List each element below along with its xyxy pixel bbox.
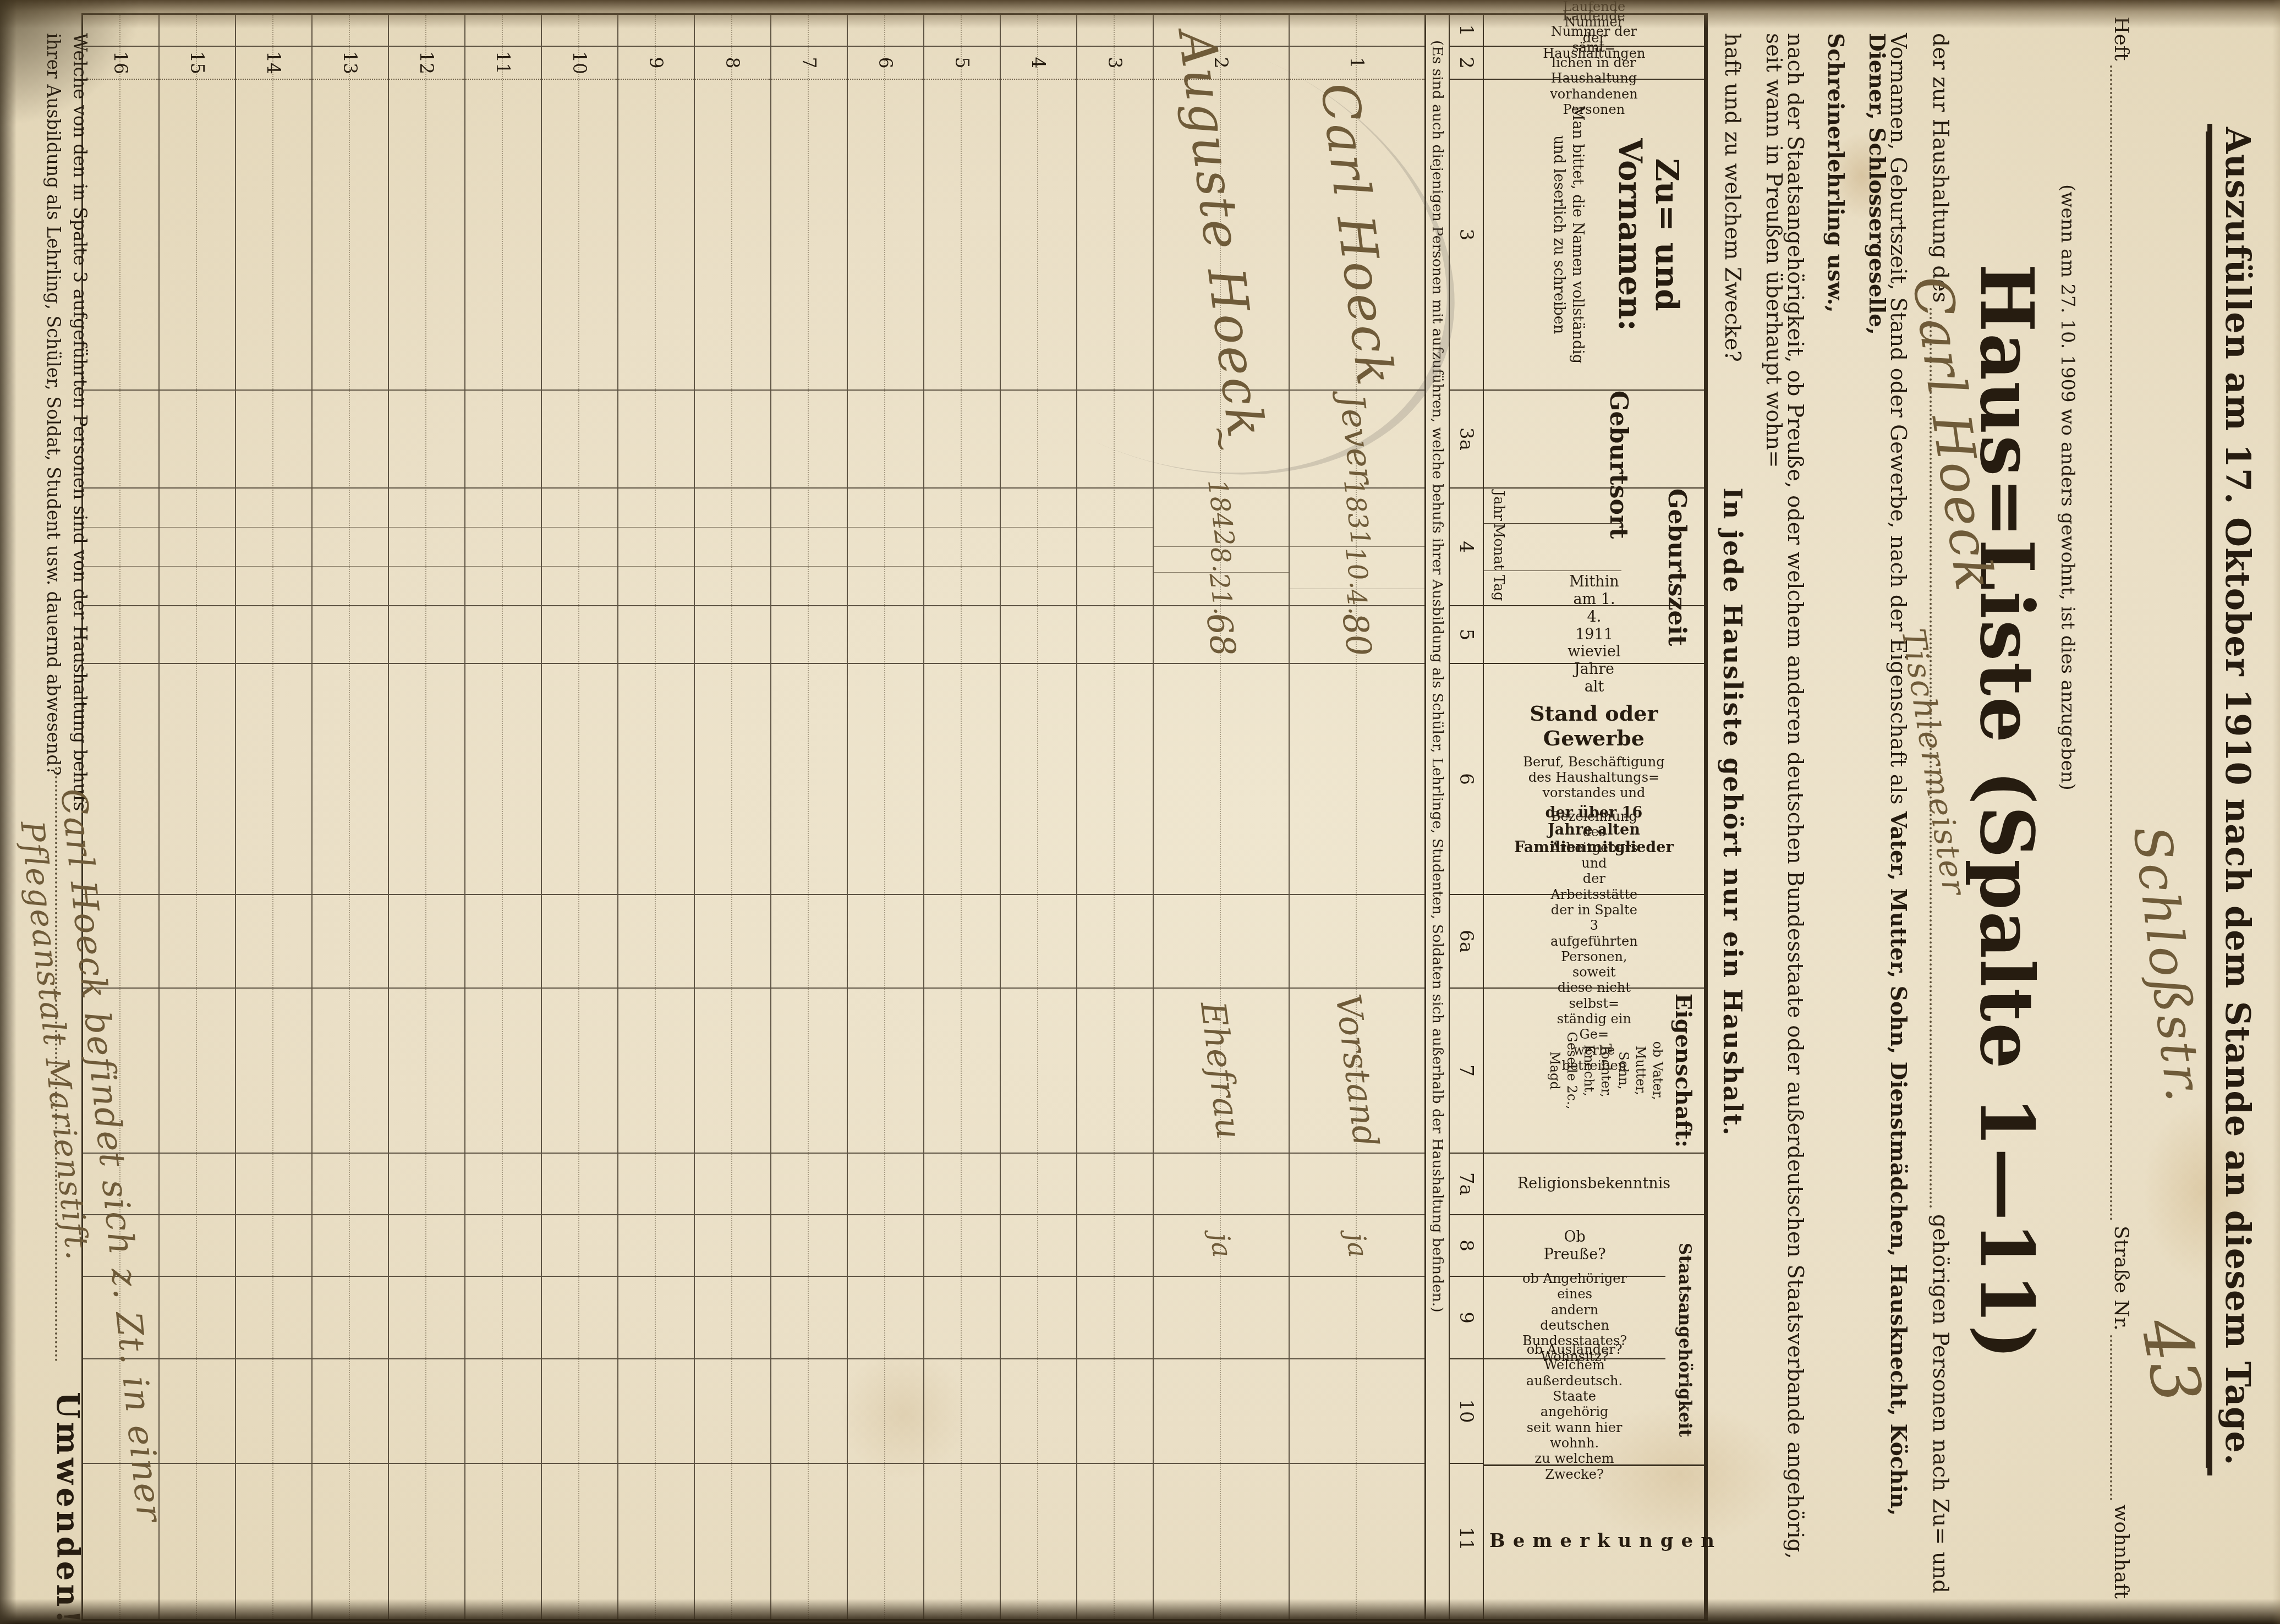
- header-jahr-label: Jahr: [1484, 489, 1621, 524]
- cell-person-nr: 15: [160, 47, 235, 80]
- cell-stand-gewerbe: [542, 664, 617, 895]
- header-col3-label: Zu= und Vornamen:: [1612, 80, 1685, 389]
- header-col8: Ob Preuße?: [1484, 1215, 1665, 1277]
- intro-line-4: nach der Staatsangehörigkeit, ob Preuße,…: [1763, 33, 1806, 1593]
- vertical-text-wrap: Bezeichnung des Arbeitgebers und der Arb…: [1484, 895, 1704, 987]
- cell-jahr: [236, 489, 311, 528]
- cell-bundesstaat: [924, 1277, 1000, 1359]
- vertical-text-wrap: Laufende Nummer der sämt= lichen in der …: [1484, 47, 1704, 79]
- cell-bundesstaat: [695, 1277, 770, 1359]
- cell-stand-gewerbe: [618, 664, 694, 895]
- header-monat-label: Monat: [1484, 524, 1621, 571]
- cell-preusse: ja: [1154, 1215, 1289, 1277]
- cell-preusse: [542, 1215, 617, 1277]
- cell-religion: [465, 1154, 541, 1215]
- table-row: 8: [694, 15, 770, 1619]
- cell-person-nr: 1: [1290, 47, 1424, 80]
- cell-preusse: ja: [1290, 1215, 1424, 1277]
- colnum-6: 6: [1450, 664, 1483, 895]
- header-col7-list: ob Vater, Mutter, Sohn, Tochter, Knecht,…: [1546, 989, 1666, 1153]
- cell-eigenschaft: [848, 989, 923, 1154]
- cell-religion: [848, 1154, 923, 1215]
- one-household-rule: In jede Hausliste gehört nur ein Haushal…: [1718, 0, 1747, 1624]
- cell-geburtsort: [389, 391, 464, 489]
- cell-geburtsort: [313, 391, 388, 489]
- table-row: 10: [541, 15, 617, 1619]
- cell-name: [1001, 80, 1076, 391]
- cell-alter: [542, 606, 617, 664]
- cell-auslaender: [1290, 1359, 1424, 1464]
- cell-eigenschaft: [389, 989, 464, 1154]
- cell-preusse: [389, 1215, 464, 1277]
- cell-eigenschaft: [618, 989, 694, 1154]
- cell-monat: [1077, 528, 1153, 567]
- cell-bemerkungen: [771, 1464, 847, 1614]
- cell-bemerkungen: [695, 1464, 770, 1614]
- cell-alter: [695, 606, 770, 664]
- table-row: 11: [464, 15, 541, 1619]
- cell-auslaender: [848, 1359, 923, 1464]
- cell-religion: [924, 1154, 1000, 1215]
- cell-tag: [542, 567, 617, 605]
- cell-bundesstaat: [313, 1277, 388, 1359]
- cell-preusse: [618, 1215, 694, 1277]
- cell-name: [924, 80, 1000, 391]
- cell-bemerkungen: [1077, 1464, 1153, 1614]
- cell-monat: [848, 528, 923, 567]
- cell-haushaltung-nr: [924, 15, 1000, 47]
- cell-geburtszeit: [771, 489, 847, 606]
- page-title: Haus=Liste (Spalte 1—11): [1964, 0, 2049, 1624]
- eigenschaft-handwriting: Vorstand: [1328, 992, 1386, 1149]
- footer-question-line1: Welche von den in Spalte 3 aufgeführten …: [67, 33, 93, 811]
- cell-tag: [695, 567, 770, 605]
- cell-preusse: [313, 1215, 388, 1277]
- cell-arbeitgeber: [1001, 895, 1076, 989]
- cell-tag: [389, 567, 464, 605]
- cell-person-nr: 8: [695, 47, 770, 80]
- cell-stand-gewerbe: [160, 664, 235, 895]
- table-row: 15: [158, 15, 235, 1619]
- colnum-5: 5: [1450, 606, 1483, 664]
- cell-monat: [160, 528, 235, 567]
- cell-auslaender: [618, 1359, 694, 1464]
- table-row: 14: [235, 15, 311, 1619]
- cell-eigenschaft: [924, 989, 1000, 1154]
- header-col7-label: Eigenschaft:: [1670, 989, 1696, 1153]
- cell-person-nr: 12: [389, 47, 464, 80]
- cell-monat: [618, 528, 694, 567]
- header-col4-label: Geburtszeit: [1663, 489, 1691, 605]
- header-col10: ob Ausländer? Welchem außerdeutsch. Staa…: [1484, 1359, 1665, 1464]
- vertical-text-wrap: Ob Preuße?: [1484, 1215, 1665, 1276]
- cell-bemerkungen: [389, 1464, 464, 1614]
- cell-preusse: [848, 1215, 923, 1277]
- cell-auslaender: [542, 1359, 617, 1464]
- cell-name: [236, 80, 311, 391]
- table-row: 4: [1000, 15, 1076, 1619]
- cell-jahr: [389, 489, 464, 528]
- colnum-10: 10: [1450, 1359, 1483, 1464]
- colnum-1: 1: [1450, 15, 1483, 47]
- cell-eigenschaft: [465, 989, 541, 1154]
- cell-arbeitgeber: [465, 895, 541, 989]
- colnum-3a: 3a: [1450, 391, 1483, 489]
- cell-religion: [1077, 1154, 1153, 1215]
- cell-geburtsort: [83, 391, 158, 489]
- cell-preusse: [924, 1215, 1000, 1277]
- cell-auslaender: [1077, 1359, 1153, 1464]
- cell-tag: [771, 567, 847, 605]
- cell-religion: [1290, 1154, 1424, 1215]
- cell-alter: 80: [1290, 606, 1424, 664]
- cell-haushaltung-nr: [542, 15, 617, 47]
- colnum-8: 8: [1450, 1215, 1483, 1277]
- cell-geburtsort: [618, 391, 694, 489]
- vertical-text-wrap: Bemerkungen: [1484, 1466, 1704, 1616]
- cell-stand-gewerbe: [771, 664, 847, 895]
- cell-alter: [618, 606, 694, 664]
- tag-handwriting: 21.: [1203, 571, 1239, 617]
- cell-eigenschaft: [771, 989, 847, 1154]
- cell-arbeitgeber: [160, 895, 235, 989]
- colnum-7a: 7a: [1450, 1154, 1483, 1215]
- cell-haushaltung-nr: [695, 15, 770, 47]
- cell-eigenschaft: [160, 989, 235, 1154]
- header-col11: Bemerkungen: [1484, 1466, 1704, 1616]
- cell-geburtszeit: [389, 489, 464, 606]
- cell-tag: [924, 567, 1000, 605]
- cell-haushaltung-nr: [83, 15, 158, 47]
- cell-geburtsort: [771, 391, 847, 489]
- cell-jahr: 1831: [1290, 479, 1424, 547]
- cell-geburtszeit: [465, 489, 541, 606]
- cell-tag: [236, 567, 311, 605]
- cell-jahr: [1077, 489, 1153, 528]
- strasse-label: Straße Nr.: [2110, 1226, 2133, 1331]
- cell-auslaender: [1001, 1359, 1076, 1464]
- cell-tag: [618, 567, 694, 605]
- cell-person-nr: 14: [236, 47, 311, 80]
- cell-religion: [313, 1154, 388, 1215]
- cell-person-nr: 7: [771, 47, 847, 80]
- cell-alter: [848, 606, 923, 664]
- cell-tag: [160, 567, 235, 605]
- cell-tag: [313, 567, 388, 605]
- table-header-row: Laufende Nummer der Haushaltungen Laufen…: [1483, 15, 1704, 1619]
- header-col7a: Religionsbekenntnis: [1484, 1154, 1704, 1215]
- header-col5: Mithin am 1. 4. 1911 wieviel Jahre alt: [1484, 606, 1704, 664]
- cell-person-nr: 11: [465, 47, 541, 80]
- table-row: 3: [1076, 15, 1153, 1619]
- cell-haushaltung-nr: [236, 15, 311, 47]
- cell-name: [160, 80, 235, 391]
- preusse-handwriting: ja: [1340, 1232, 1374, 1259]
- cell-jahr: [465, 489, 541, 528]
- header-col11-label: Bemerkungen: [1489, 1530, 1698, 1552]
- cell-name: [313, 80, 388, 391]
- colnum-7: 7: [1450, 989, 1483, 1154]
- cell-eigenschaft: [695, 989, 770, 1154]
- cell-monat: [313, 528, 388, 567]
- cell-monat: [924, 528, 1000, 567]
- cell-alter: [1001, 606, 1076, 664]
- cell-jahr: [83, 489, 158, 528]
- cell-alter: [389, 606, 464, 664]
- cell-jahr: [618, 489, 694, 528]
- cell-bundesstaat: [542, 1277, 617, 1359]
- cell-arbeitgeber: [771, 895, 847, 989]
- colnum-9: 9: [1450, 1277, 1483, 1359]
- cell-person-nr: 5: [924, 47, 1000, 80]
- cell-person-nr: 9: [618, 47, 694, 80]
- cell-alter: [771, 606, 847, 664]
- cell-person-nr: 16: [83, 47, 158, 80]
- cell-name: [771, 80, 847, 391]
- cell-alter: [924, 606, 1000, 664]
- cell-person-nr: 13: [313, 47, 388, 80]
- cell-bundesstaat: [160, 1277, 235, 1359]
- cell-geburtszeit: [83, 489, 158, 606]
- cell-preusse: [465, 1215, 541, 1277]
- cell-geburtszeit: [1077, 489, 1153, 606]
- cell-bemerkungen: [1290, 1464, 1424, 1614]
- vertical-text-wrap: Religionsbekenntnis: [1484, 1154, 1704, 1214]
- cell-monat: [1001, 528, 1076, 567]
- cell-geburtsort: [160, 391, 235, 489]
- cell-geburtsort: [465, 391, 541, 489]
- cell-arbeitgeber: [236, 895, 311, 989]
- cell-stand-gewerbe: [1001, 664, 1076, 895]
- cell-geburtszeit: [313, 489, 388, 606]
- cell-eigenschaft: [236, 989, 311, 1154]
- cell-jahr: [313, 489, 388, 528]
- header-col7: Eigenschaft: ob Vater, Mutter, Sohn, Toc…: [1484, 989, 1704, 1154]
- cell-geburtsort: [695, 391, 770, 489]
- cell-geburtszeit: [924, 489, 1000, 606]
- cell-monat: [465, 528, 541, 567]
- cell-preusse: [1077, 1215, 1153, 1277]
- cell-religion: [160, 1154, 235, 1215]
- cell-monat: [83, 528, 158, 567]
- cell-name: [465, 80, 541, 391]
- intro-line-2: Vornamen, Geburtszeit, Stand oder Gewerb…: [1866, 33, 1909, 1593]
- cell-haushaltung-nr: [848, 15, 923, 47]
- cell-geburtszeit: [848, 489, 923, 606]
- cell-geburtsort: [1001, 391, 1076, 489]
- cell-haushaltung-nr: [771, 15, 847, 47]
- census-table: Laufende Nummer der Haushaltungen Laufen…: [81, 13, 1708, 1621]
- cell-geburtszeit: [1001, 489, 1076, 606]
- cell-stand-gewerbe: [236, 664, 311, 895]
- cell-auslaender: [389, 1359, 464, 1464]
- cell-bundesstaat: [1154, 1277, 1289, 1359]
- cell-tag: [848, 567, 923, 605]
- wohnhaft-label: wohnhaft: [2110, 1505, 2133, 1599]
- cell-alter: [1077, 606, 1153, 664]
- cell-religion: [542, 1154, 617, 1215]
- footer-question: Welche von den in Spalte 3 aufgeführten …: [40, 33, 93, 811]
- cell-tag: [465, 567, 541, 605]
- cell-geburtsort: [236, 391, 311, 489]
- cell-tag: [83, 567, 158, 605]
- cell-bundesstaat: [848, 1277, 923, 1359]
- colnum-11: 11: [1450, 1464, 1483, 1614]
- cell-bundesstaat: [1001, 1277, 1076, 1359]
- cell-alter: [236, 606, 311, 664]
- cell-arbeitgeber: [1290, 895, 1424, 989]
- cell-arbeitgeber: [695, 895, 770, 989]
- group-subcolumns: Ob Preuße? ob Angehöriger eines andern d…: [1484, 1215, 1665, 1464]
- monat-handwriting: 8.: [1204, 545, 1238, 574]
- cell-auslaender: [695, 1359, 770, 1464]
- table-row: 6: [847, 15, 923, 1619]
- geburtsort-handwriting: ~: [1199, 423, 1243, 456]
- cell-geburtszeit: [618, 489, 694, 606]
- cell-arbeitgeber: [313, 895, 388, 989]
- cell-monat: [389, 528, 464, 567]
- cell-jahr: [542, 489, 617, 528]
- monat-handwriting: 10.: [1339, 545, 1375, 591]
- cell-jahr: [160, 489, 235, 528]
- cell-bemerkungen: [313, 1464, 388, 1614]
- cell-eigenschaft: Vorstand: [1290, 989, 1424, 1154]
- intro-l1-pre: der zur Haushaltung des: [1930, 33, 1951, 303]
- cell-monat: [542, 528, 617, 567]
- cell-jahr: [848, 489, 923, 528]
- header-col6a: Bezeichnung des Arbeitgebers und der Arb…: [1484, 895, 1704, 989]
- cell-haushaltung-nr: [465, 15, 541, 47]
- table-row: 9: [617, 15, 694, 1619]
- cell-alter: [313, 606, 388, 664]
- preusse-handwriting: ja: [1204, 1232, 1238, 1259]
- cell-tag: [1077, 567, 1153, 605]
- cell-stand-gewerbe: [1154, 664, 1289, 895]
- table-row: 5: [923, 15, 1000, 1619]
- cell-preusse: [695, 1215, 770, 1277]
- cell-haushaltung-nr: [160, 15, 235, 47]
- dotted-blank-number: 43: [2110, 1335, 2132, 1500]
- cell-alter: [160, 606, 235, 664]
- cell-bemerkungen: [236, 1464, 311, 1614]
- vertical-text-wrap: ob Ausländer? Welchem außerdeutsch. Staa…: [1484, 1359, 1665, 1464]
- cell-religion: [695, 1154, 770, 1215]
- cell-auslaender: [160, 1359, 235, 1464]
- cell-arbeitgeber: [389, 895, 464, 989]
- cell-bundesstaat: [389, 1277, 464, 1359]
- alter-handwriting: 68: [1198, 611, 1243, 659]
- cell-monat: 8.: [1154, 547, 1289, 573]
- cell-eigenschaft: [1001, 989, 1076, 1154]
- scanned-census-form: Auszufüllen am 17. Oktober 1910 nach dem…: [0, 0, 2280, 1624]
- header-col7a-label: Religionsbekenntnis: [1517, 1175, 1670, 1193]
- cell-alter: [465, 606, 541, 664]
- jahr-handwriting: 1831: [1338, 478, 1376, 548]
- cell-monat: 10.: [1290, 547, 1424, 589]
- cell-geburtsort: [924, 391, 1000, 489]
- header-col8-label: Ob Preuße?: [1544, 1228, 1606, 1263]
- cell-eigenschaft: [542, 989, 617, 1154]
- cell-geburtsort: [848, 391, 923, 489]
- colnum-6a: 6a: [1450, 895, 1483, 989]
- cell-arbeitgeber: [618, 895, 694, 989]
- table-body: 1 Carl Hoeck Jever 1831 10. 4.: [83, 15, 1424, 1619]
- cell-haushaltung-nr: [1001, 15, 1076, 47]
- cell-geburtszeit: [542, 489, 617, 606]
- cell-geburtszeit: [160, 489, 235, 606]
- colnum-4: 4: [1450, 489, 1483, 606]
- cell-jahr: [924, 489, 1000, 528]
- cell-bundesstaat: [771, 1277, 847, 1359]
- header-col3-sublabel: Man bittet, die Namen vollständig und le…: [1549, 80, 1587, 389]
- cell-auslaender: [924, 1359, 1000, 1464]
- cell-person-nr: 4: [1001, 47, 1076, 80]
- header-col2: Laufende Nummer der sämt= lichen in der …: [1484, 47, 1704, 80]
- cell-haushaltung-nr: [313, 15, 388, 47]
- cell-bemerkungen: [160, 1464, 235, 1614]
- header-col3: Zu= und Vornamen: Man bittet, die Namen …: [1484, 80, 1704, 391]
- cell-geburtszeit: [695, 489, 770, 606]
- cell-eigenschaft: [1077, 989, 1153, 1154]
- cell-stand-gewerbe: [389, 664, 464, 895]
- table-row: 12: [388, 15, 464, 1619]
- header-group-staatsangehoerigkeit: Staatsangehörigkeit Ob Preuße? ob Angehö…: [1484, 1215, 1704, 1466]
- cell-bundesstaat: [618, 1277, 694, 1359]
- cell-name: [848, 80, 923, 391]
- cell-religion: [389, 1154, 464, 1215]
- heft-label: Heft: [2110, 17, 2133, 61]
- footer-question-line2: ihrer Ausbildung als Lehrling, Schüler, …: [40, 33, 67, 811]
- cell-bemerkungen: [465, 1464, 541, 1614]
- cell-religion: [1001, 1154, 1076, 1215]
- form-page: Auszufüllen am 17. Oktober 1910 nach dem…: [0, 0, 2280, 1624]
- intro-line-3: Schreinerlehrling usw.,: [1824, 33, 1846, 1593]
- cell-alter: 68: [1154, 606, 1289, 664]
- cell-bemerkungen: [618, 1464, 694, 1614]
- cell-arbeitgeber: [542, 895, 617, 989]
- cell-name: [695, 80, 770, 391]
- street-name-handwriting: Schloßstr.: [2122, 822, 2214, 1107]
- cell-preusse: [771, 1215, 847, 1277]
- cell-arbeitgeber: [924, 895, 1000, 989]
- cell-jahr: [771, 489, 847, 528]
- cell-bemerkungen: [1154, 1464, 1289, 1614]
- cell-jahr: 1842: [1154, 479, 1289, 547]
- form-headline: Auszufüllen am 17. Oktober 1910 nach dem…: [2207, 124, 2258, 1475]
- cell-jahr: [1001, 489, 1076, 528]
- header-col6-small: Beruf, Beschäftigung des Haushaltungs= v…: [1514, 754, 1674, 801]
- cell-tag: [1001, 567, 1076, 605]
- cell-religion: [1154, 1154, 1289, 1215]
- cell-religion: [236, 1154, 311, 1215]
- cell-religion: [771, 1154, 847, 1215]
- address-footnote: (wenn am 27. 10. 1909 wo anders gewohnt,…: [2057, 184, 2079, 791]
- cell-stand-gewerbe: [924, 664, 1000, 895]
- cell-stand-gewerbe: [695, 664, 770, 895]
- eigenschaft-handwriting: Ehefrau: [1193, 1000, 1249, 1142]
- colnum-2: 2: [1450, 47, 1483, 80]
- dotted-blank: [2110, 65, 2132, 1221]
- vertical-text-wrap: Mithin am 1. 4. 1911 wieviel Jahre alt: [1484, 606, 1704, 663]
- cell-stand-gewerbe: [465, 664, 541, 895]
- cell-arbeitgeber: [1077, 895, 1153, 989]
- colnum-3: 3: [1450, 80, 1483, 391]
- cell-geburtsort: [542, 391, 617, 489]
- cell-geburtszeit: 1831 10. 4.: [1290, 489, 1424, 606]
- cell-bemerkungen: [924, 1464, 1000, 1614]
- table-row: 7: [770, 15, 847, 1619]
- header-col3a: Geburtsort: [1484, 391, 1704, 489]
